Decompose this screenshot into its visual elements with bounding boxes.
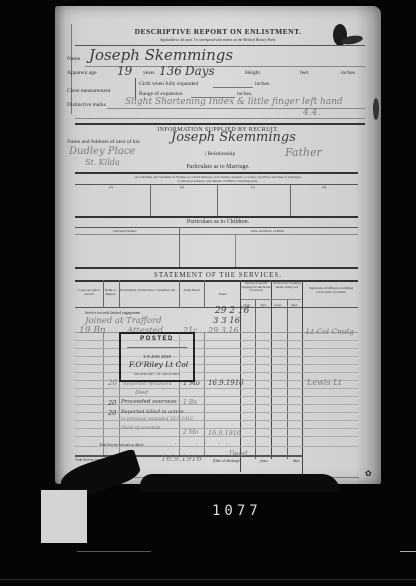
services-col-dates: Dates	[205, 292, 240, 296]
kin-address: Dudley Place	[69, 146, 135, 157]
name-label: Name	[67, 56, 80, 62]
girth-label: Girth when fully expanded	[139, 81, 198, 87]
marks-line-2	[75, 118, 365, 119]
chest-label: Chest measurement	[67, 88, 110, 94]
marks-value: Slight Shortening Index & little finger …	[125, 97, 343, 107]
age-days-value: 136	[159, 64, 182, 78]
kin-label: Name and Address of next of kin	[67, 139, 140, 145]
children-col-divider	[235, 234, 236, 267]
relationship-label: | Relationship	[205, 151, 235, 157]
children-header-rule	[75, 234, 358, 235]
col-line	[119, 280, 120, 308]
enlistment-document-page: DESCRIPTIVE REPORT ON ENLISTMENT. Applic…	[55, 6, 381, 484]
children-top-rule	[75, 227, 358, 228]
row-limited-engagement: Service towards limited engagement	[85, 311, 140, 315]
services-heading: STATEMENT OF THE SERVICES.	[55, 271, 381, 279]
row-line	[75, 412, 358, 413]
film-target-box	[41, 490, 87, 543]
services-col-engaged: Service towards engaged in the Rank of p…	[241, 282, 271, 293]
row-signature: Lewis Lt	[307, 378, 342, 387]
col-line	[179, 280, 180, 308]
col-line	[103, 332, 104, 456]
row-joined: Joined at Trafford	[85, 316, 162, 326]
services-col-signature: Signature of Officers certifying correct…	[304, 286, 358, 294]
posted-stamp: POSTED 1-6 JUN 1919 F.O'Riley Lt Col SEC…	[119, 332, 195, 382]
row-corps: 20	[108, 409, 116, 417]
row-promotion: Died	[135, 390, 148, 396]
years-label: years	[260, 459, 268, 463]
services-col-corps: Corps in which served	[76, 288, 102, 296]
marriage-col-divider	[290, 184, 291, 216]
row-line	[75, 396, 358, 397]
girth-inches-label: inches.	[255, 81, 270, 87]
col-line	[255, 299, 256, 459]
marks-value-2: 4.4.	[303, 108, 320, 118]
row-date: 29.3.16	[208, 326, 239, 335]
feet-label: feet	[300, 70, 308, 76]
dots: .. .. .. ..	[175, 441, 255, 446]
row-corps: 19 Bn	[79, 326, 106, 336]
marriage-col-d: (d)	[322, 185, 326, 189]
services-col-rank: Rank or Degree	[103, 288, 118, 296]
children-col-names: Christian Names	[113, 229, 136, 233]
row-date: 29 2 16	[215, 306, 249, 316]
children-bottom-rule	[75, 267, 358, 269]
row-line	[75, 340, 358, 341]
torn-edge	[140, 474, 340, 492]
row-corps: 20	[108, 379, 117, 387]
discharge-value: Dead	[229, 450, 247, 458]
inches-label: inches	[341, 70, 355, 76]
name-value: Joseph Skemmings	[89, 46, 233, 64]
girth-line	[213, 87, 253, 88]
row-line	[75, 388, 358, 389]
marriage-col-divider	[150, 184, 151, 216]
stamp-signature: F.O'Riley Lt Col	[129, 360, 188, 369]
marriage-col-a: (a)	[109, 185, 113, 189]
frame-number: 1077	[212, 503, 262, 519]
marriage-bottom-rule	[75, 216, 358, 218]
row-line	[75, 364, 358, 365]
col-line	[287, 299, 288, 459]
row-promotion: Died of wounds	[121, 425, 160, 431]
row-promotion: Reported killed in action	[121, 409, 184, 415]
stamp-footer: SECRETARY OF RECORDS	[121, 372, 193, 376]
years-label: years	[143, 70, 155, 76]
stamp-date: 1-6 JUN 1919	[121, 354, 193, 359]
row-promotion: Proceeded overseas	[121, 399, 177, 405]
children-col-birth: Date and Place of Birth	[251, 229, 284, 233]
row-line	[75, 404, 358, 405]
relationship-value: Father	[285, 146, 322, 159]
height-label: Height	[245, 70, 260, 76]
kin-value: Joseph Skemmings	[171, 130, 296, 145]
edge-stain	[373, 98, 379, 120]
children-heading: Particulars as to Children.	[55, 219, 381, 225]
services-top-rule	[75, 280, 358, 282]
marriage-col-c: (c)	[251, 185, 255, 189]
film-mark	[77, 551, 151, 552]
row-line	[75, 372, 358, 373]
age-years-value: 19	[117, 64, 132, 78]
services-col-gratuity: Service for Gratuity under Army Act	[272, 282, 302, 289]
marriage-col-b: (b)	[180, 185, 184, 189]
sub-header-rule	[241, 299, 301, 300]
document-subtitle: Applicable to all cases. To correspond w…	[55, 38, 381, 42]
stamp-divider	[127, 347, 187, 348]
age-label: Apparent age	[67, 70, 96, 76]
marriage-top-rule	[75, 172, 358, 174]
discharge-label: (Date of discharge)	[213, 459, 241, 463]
marks-label: Distinctive marks	[67, 102, 106, 108]
corner-mark: ✿	[365, 469, 372, 478]
children-col-divider	[179, 227, 180, 267]
section-divider	[75, 123, 365, 125]
days-label: days	[293, 459, 300, 463]
services-col-promotions: Promotions, Reductions, Casualties, &c.	[119, 288, 178, 292]
marriage-heading: Particulars as to Marriage.	[55, 164, 381, 170]
days-value: Days	[185, 64, 215, 78]
row-army-book: 2 Mo	[183, 429, 198, 436]
col-line	[103, 280, 104, 308]
row-line	[75, 420, 358, 421]
marks-line	[107, 108, 365, 109]
film-mark	[400, 551, 416, 552]
stamp-title: POSTED	[121, 336, 193, 342]
row-signature: Lt Col Cmdg	[306, 327, 354, 336]
row-army-book: 1 Bn	[183, 399, 197, 406]
marriage-instructions-2: (c) Present Address. (d) Initials of Off…	[55, 179, 381, 183]
row-line	[75, 348, 358, 349]
film-edge	[0, 579, 416, 580]
row-date: 3 3 16	[213, 316, 240, 326]
col-line	[204, 332, 205, 456]
row-promotion: in previous wounded 16.9.1916	[121, 417, 193, 422]
reckoning-date: 16.9.1916	[161, 454, 202, 463]
document-title: DESCRIPTIVE REPORT ON ENLISTMENT.	[55, 27, 381, 36]
row-date: 16.9.1916	[208, 429, 241, 437]
row-line	[75, 356, 358, 357]
row-corps: 20	[108, 399, 116, 407]
services-col-army-book: Army Book	[179, 288, 204, 292]
marriage-col-divider	[217, 184, 218, 216]
total-service-label: Total Service forward as above	[99, 443, 144, 447]
col-line	[271, 280, 272, 459]
row-date: 16.9.1916	[208, 379, 244, 387]
col-line	[204, 280, 205, 308]
